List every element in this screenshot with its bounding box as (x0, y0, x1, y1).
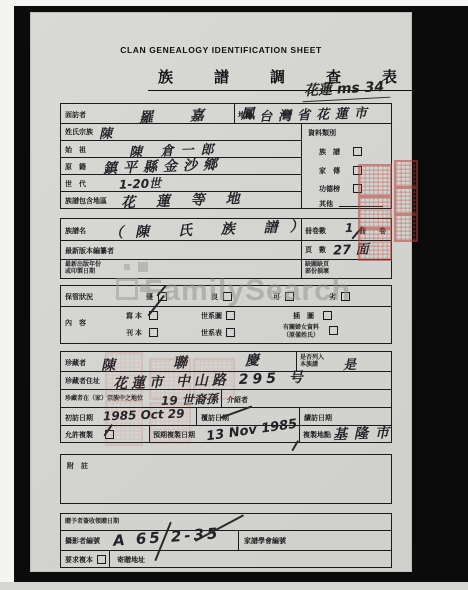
generations-label: 世 代 (65, 179, 86, 189)
surname-clan-value: 陳 (99, 123, 113, 142)
listed-in-genealogy-label: 是否列入 (300, 355, 324, 362)
material-type-label: 資料類別 (308, 128, 336, 138)
condition-fair-label: 可 (273, 292, 280, 302)
section-owner-visits: 珍藏者 陳 聯 慶 是否列入 本族譜 是 珍藏者住址 花蓮市 中山路 295 号… (60, 351, 392, 443)
volumes-label: 冊卷數 (305, 226, 326, 236)
condition-fair-checkbox (285, 292, 294, 301)
first-visit-value: 1985 Oct 29 (103, 407, 185, 424)
illustrations-label: 插 圖 (293, 311, 314, 321)
juan-unit-label: 卷 (379, 226, 386, 236)
scan-edge-strip (0, 582, 468, 590)
condition-poor-checkbox (341, 292, 350, 301)
collector-label: 珍藏者 (65, 358, 86, 368)
condition-good-checkbox (223, 292, 232, 301)
origin-label: 原 籍 (65, 162, 86, 172)
clan-position-label: 珍藏者在（家）宗族中之地位 (65, 396, 143, 403)
surname-clan-label: 姓氏宗族 (65, 127, 93, 137)
family-record-checkbox (353, 166, 362, 175)
request-copy-label: 要求複本 (65, 555, 93, 565)
genealogy-form-page: CLAN GENEALOGY IDENTIFICATION SHEET 族 譜 … (30, 12, 412, 572)
section-condition-content: 保管狀況 優 良 可 劣 內 容 寫 本 世系圖 插 圖 刊 本 世系表 有關婦… (60, 285, 392, 344)
manuscript-label: 寫 本 (126, 311, 142, 321)
lineage-table-label: 世系表 (201, 328, 222, 338)
option-family-record-label: 家 傳 (319, 166, 340, 176)
condition-excellent-label: 優 (146, 292, 153, 302)
women-data-note: （原僅姓氏） (283, 333, 319, 340)
merit-board-checkbox (353, 184, 362, 193)
interviewer-label: 面訪者 (65, 110, 86, 120)
option-genealogy-label: 族 譜 (319, 147, 340, 157)
copy-location-value: 基隆市 (333, 422, 397, 444)
illustrations-checkbox (323, 311, 332, 320)
followup-visit-label: 續訪日期 (304, 413, 332, 423)
genealogy-name-value: （陳 氏 族 譜） (109, 215, 316, 242)
lineage-chart-label: 世系圖 (201, 311, 222, 321)
damaged-parts-label: 部份損壞 (305, 269, 329, 276)
women-data-checkbox (329, 326, 338, 335)
first-visit-label: 初訪日期 (65, 413, 93, 423)
condition-good-label: 良 (211, 292, 218, 302)
handwritten-archive-number: 花蓮 ms 34 (301, 76, 390, 103)
content-label: 內 容 (65, 318, 86, 328)
collector-address-label: 珍藏者住址 (65, 376, 100, 386)
society-number-label: 家譜學會編號 (244, 536, 286, 546)
condition-label: 保管狀況 (65, 292, 93, 302)
form-title-english: CLAN GENEALOGY IDENTIFICATION SHEET (30, 45, 412, 55)
listed-in-genealogy-value: 是 (343, 354, 357, 373)
donor-receipt-date-label: 贈予者簽收領贈日期 (65, 519, 119, 526)
introducer-label: 介紹者 (227, 395, 248, 405)
copy-permitted-label: 允許複製 (65, 430, 93, 440)
section-notes: 附 註 (60, 454, 392, 504)
lineage-chart-checkbox (226, 311, 235, 320)
genealogy-name-label: 族譜名 (65, 226, 86, 236)
section-genealogy-details: 族譜名 （陳 氏 族 譜） 冊卷數 1 冊 卷 最新版本編纂者 頁 數 27 面… (60, 218, 392, 279)
generations-value: 1-20世 (119, 174, 162, 192)
women-data-label: 有關婦女資料 (283, 325, 319, 332)
other-blank-line (339, 199, 383, 207)
printed-edition-checkbox (149, 328, 158, 337)
section-admin-numbers: 贈予者簽收領贈日期 攝影者編號 A 65 2-35 家譜學會編號 要求複本 寄贈… (60, 513, 392, 568)
genealogy-checkbox (353, 147, 362, 156)
regions-covered-value: 花 蓮 等 地 (121, 188, 248, 212)
volumes-value: 1 (345, 221, 354, 235)
latest-compiler-label: 最新版本編纂者 (65, 246, 114, 256)
page-count-value: 27 面 (333, 238, 369, 258)
photographer-number-label: 攝影者編號 (65, 536, 100, 546)
option-merit-board-label: 功德榜 (319, 184, 340, 194)
publish-year-label: 最新出版年份 (65, 262, 101, 269)
printed-edition-label: 刊 本 (126, 328, 142, 338)
request-copy-checkbox (97, 555, 106, 564)
first-ancestor-label: 始 祖 (65, 145, 86, 155)
section-interview-info: 面訪者 羅 嘉 鳳 地區 台灣省花蓮市 姓氏宗族 陳 始 祖 陳 倉一郎 原 籍… (60, 103, 392, 209)
copy-location-label: 複製地點 (303, 430, 331, 440)
page-count-label: 頁 數 (305, 245, 326, 255)
condition-poor-label: 劣 (329, 292, 336, 302)
origin-value: 鎮平縣金沙鄉 (103, 154, 224, 178)
lineage-table-checkbox (226, 328, 235, 337)
regions-covered-label: 族譜包含地區 (65, 196, 107, 206)
option-other-label: 其他 (319, 199, 333, 209)
print-date-label: 或印製日期 (65, 269, 95, 276)
mailing-address-label: 寄贈地址 (117, 555, 145, 565)
area-value: 台灣省花蓮市 (259, 102, 374, 125)
missing-pages-label: 缺圖缺頁 (305, 262, 329, 269)
expected-copy-date-label: 預期複製日期 (153, 430, 195, 440)
area-label: 地區 (238, 110, 252, 120)
notes-label: 附 註 (67, 461, 88, 471)
